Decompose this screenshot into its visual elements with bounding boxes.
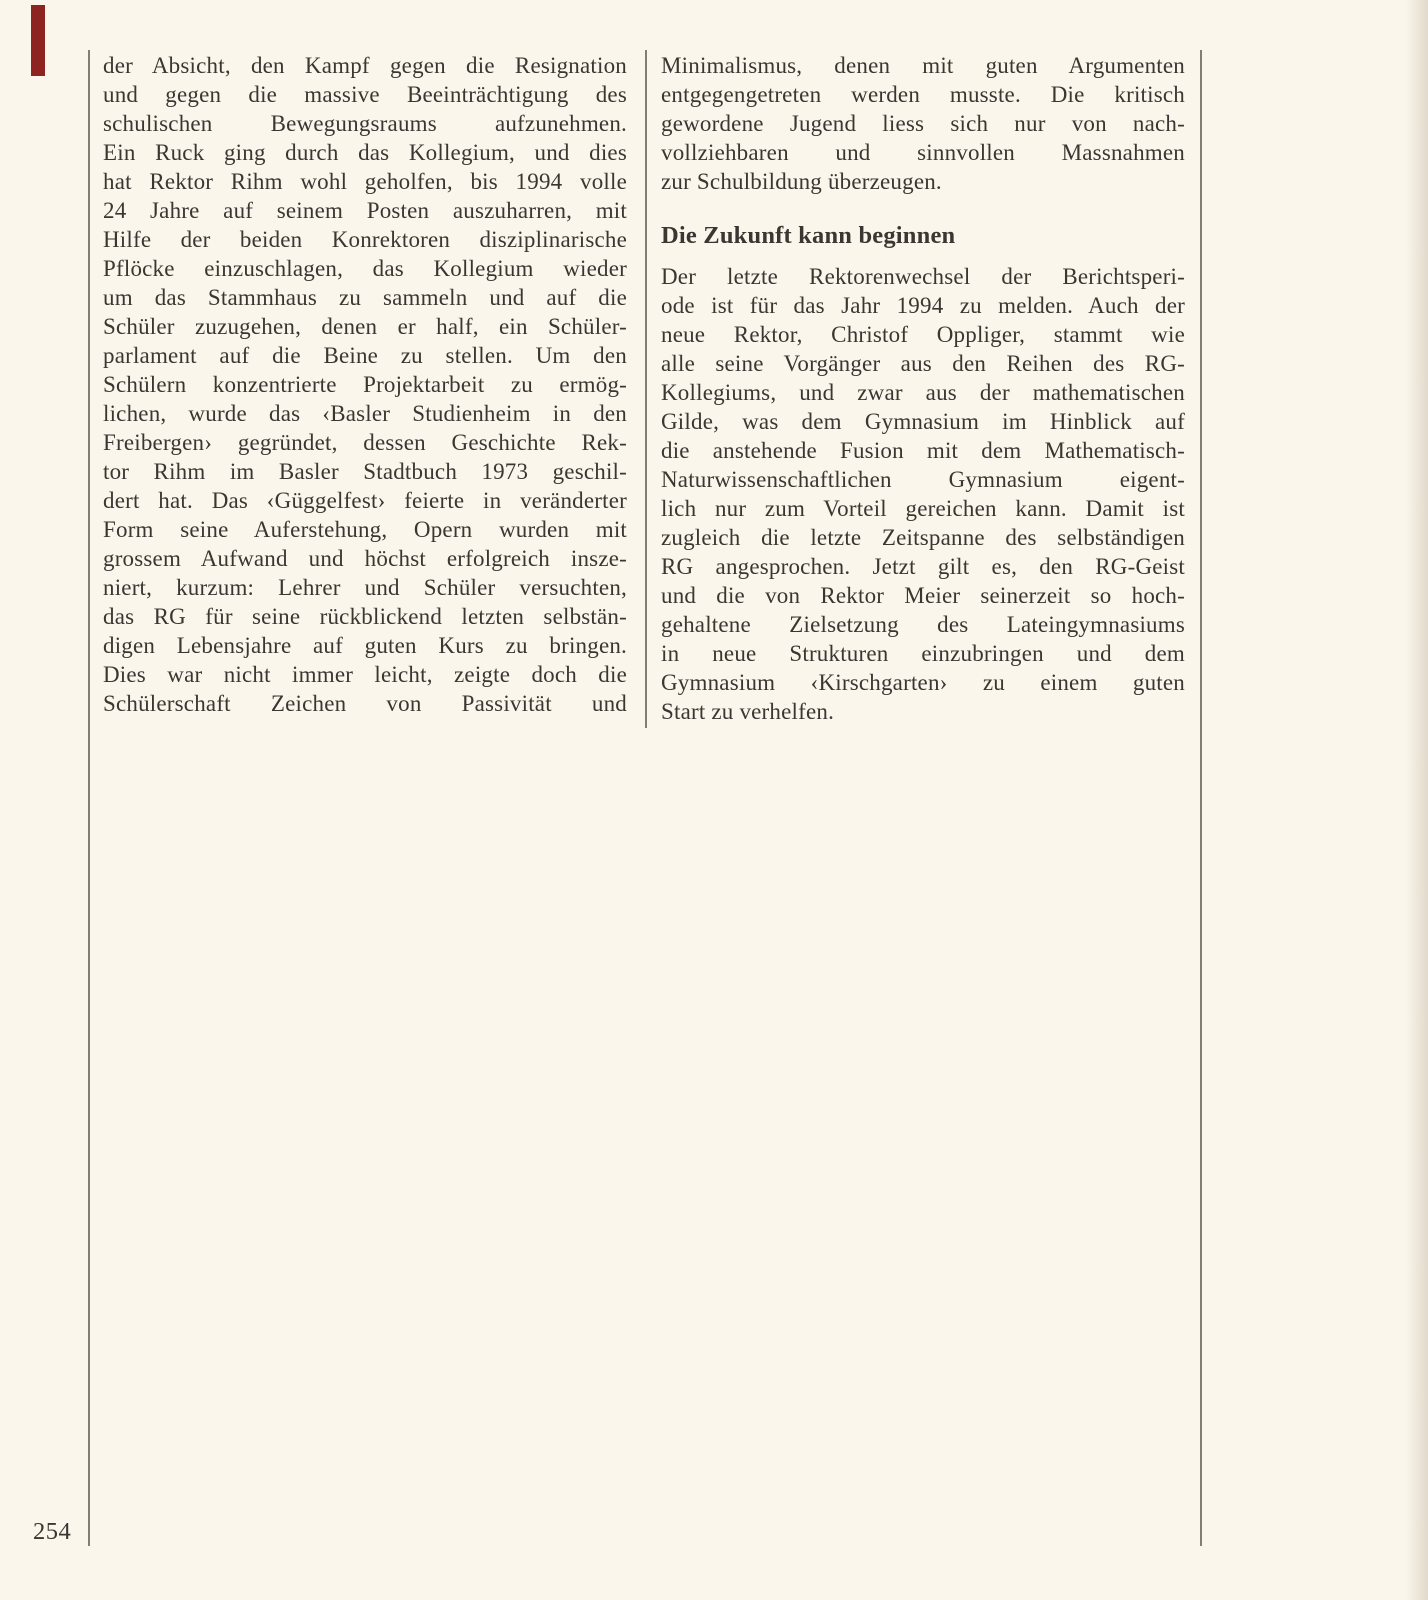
text-line: Gilde, was dem Gymnasium im Hinblick auf <box>661 407 1185 436</box>
text-line: Schüler zuzugehen, denen er half, ein Sc… <box>103 312 627 341</box>
text-line: ode ist für das Jahr 1994 zu melden. Auc… <box>661 291 1185 320</box>
text-line: hat Rektor Rihm wohl geholfen, bis 1994 … <box>103 167 627 196</box>
paragraph: Minimalismus, denen mit guten Argumenten… <box>661 51 1185 196</box>
text-line: 24 Jahre auf seinem Posten auszuharren, … <box>103 196 627 225</box>
text-line: alle seine Vorgänger aus den Reihen des … <box>661 349 1185 378</box>
text-line: dert hat. Das ‹Güggelfest› feierte in ve… <box>103 486 627 515</box>
text-line: vollziehbaren und sinnvollen Massnahmen <box>661 138 1185 167</box>
text-line: RG angesprochen. Jetzt gilt es, den RG-G… <box>661 552 1185 581</box>
text-line: gewordene Jugend liess sich nur von nach… <box>661 109 1185 138</box>
text-line: lich nur zum Vorteil gereichen kann. Dam… <box>661 494 1185 523</box>
paragraph: Der letzte Rektorenwechsel der Berichtsp… <box>661 262 1185 726</box>
text-line: neue Rektor, Christof Oppliger, stammt w… <box>661 320 1185 349</box>
text-line: lichen, wurde das ‹Basler Studienheim in… <box>103 399 627 428</box>
left-column: der Absicht, den Kampf gegen die Resigna… <box>103 51 627 718</box>
text-line: das RG für seine rückblickend letzten se… <box>103 602 627 631</box>
text-line: Naturwissenschaftlichen Gymnasium eigent… <box>661 465 1185 494</box>
text-line: Dies war nicht immer leicht, zeigte doch… <box>103 660 627 689</box>
text-line: grossem Aufwand und höchst erfolgreich i… <box>103 544 627 573</box>
text-line: um das Stammhaus zu sammeln und auf die <box>103 283 627 312</box>
text-line: tor Rihm im Basler Stadtbuch 1973 geschi… <box>103 457 627 486</box>
right-column: Minimalismus, denen mit guten Argumenten… <box>661 51 1185 726</box>
book-page: { "page": { "number": "254", "colors": {… <box>0 0 1428 1600</box>
text-line: und gegen die massive Beeinträchtigung d… <box>103 80 627 109</box>
text-line: Kollegiums, und zwar aus der mathematisc… <box>661 378 1185 407</box>
text-line: Schülerschaft Zeichen von Passivität und <box>103 689 627 718</box>
text-line: schulischen Bewegungsraums aufzunehmen. <box>103 109 627 138</box>
column-divider-rule <box>645 50 647 728</box>
left-margin-rule <box>88 50 90 1546</box>
text-line: parlament auf die Beine zu stellen. Um d… <box>103 341 627 370</box>
text-line: Form seine Auferstehung, Opern wurden mi… <box>103 515 627 544</box>
text-line: Freibergen› gegründet, dessen Geschichte… <box>103 428 627 457</box>
text-line: und die von Rektor Meier seinerzeit so h… <box>661 581 1185 610</box>
red-accent-mark <box>31 5 45 76</box>
text-line: digen Lebensjahre auf guten Kurs zu brin… <box>103 631 627 660</box>
text-line: gehaltene Zielsetzung des Lateingymnasiu… <box>661 610 1185 639</box>
scan-edge-shade <box>1406 0 1428 1600</box>
text-line: entgegengetreten werden musste. Die krit… <box>661 80 1185 109</box>
text-line: Der letzte Rektorenwechsel der Berichtsp… <box>661 262 1185 291</box>
paragraph: der Absicht, den Kampf gegen die Resigna… <box>103 51 627 718</box>
section-heading: Die Zukunft kann beginnen <box>661 221 1185 250</box>
text-line: Start zu verhelfen. <box>661 697 1185 726</box>
text-line: Pflöcke einzuschlagen, das Kollegium wie… <box>103 254 627 283</box>
text-line: die anstehende Fusion mit dem Mathematis… <box>661 436 1185 465</box>
text-line: Hilfe der beiden Konrektoren disziplinar… <box>103 225 627 254</box>
page-number: 254 <box>33 1518 71 1546</box>
text-line: der Absicht, den Kampf gegen die Resigna… <box>103 51 627 80</box>
text-line: in neue Strukturen einzubringen und dem <box>661 639 1185 668</box>
text-line: Schülern konzentrierte Projektarbeit zu … <box>103 370 627 399</box>
text-line: zugleich die letzte Zeitspanne des selbs… <box>661 523 1185 552</box>
text-line: Ein Ruck ging durch das Kollegium, und d… <box>103 138 627 167</box>
right-margin-rule <box>1200 50 1202 1546</box>
text-line: zur Schulbildung überzeugen. <box>661 167 1185 196</box>
text-line: Gymnasium ‹Kirschgarten› zu einem guten <box>661 668 1185 697</box>
text-line: niert, kurzum: Lehrer und Schüler versuc… <box>103 573 627 602</box>
text-line: Minimalismus, denen mit guten Argumenten <box>661 51 1185 80</box>
